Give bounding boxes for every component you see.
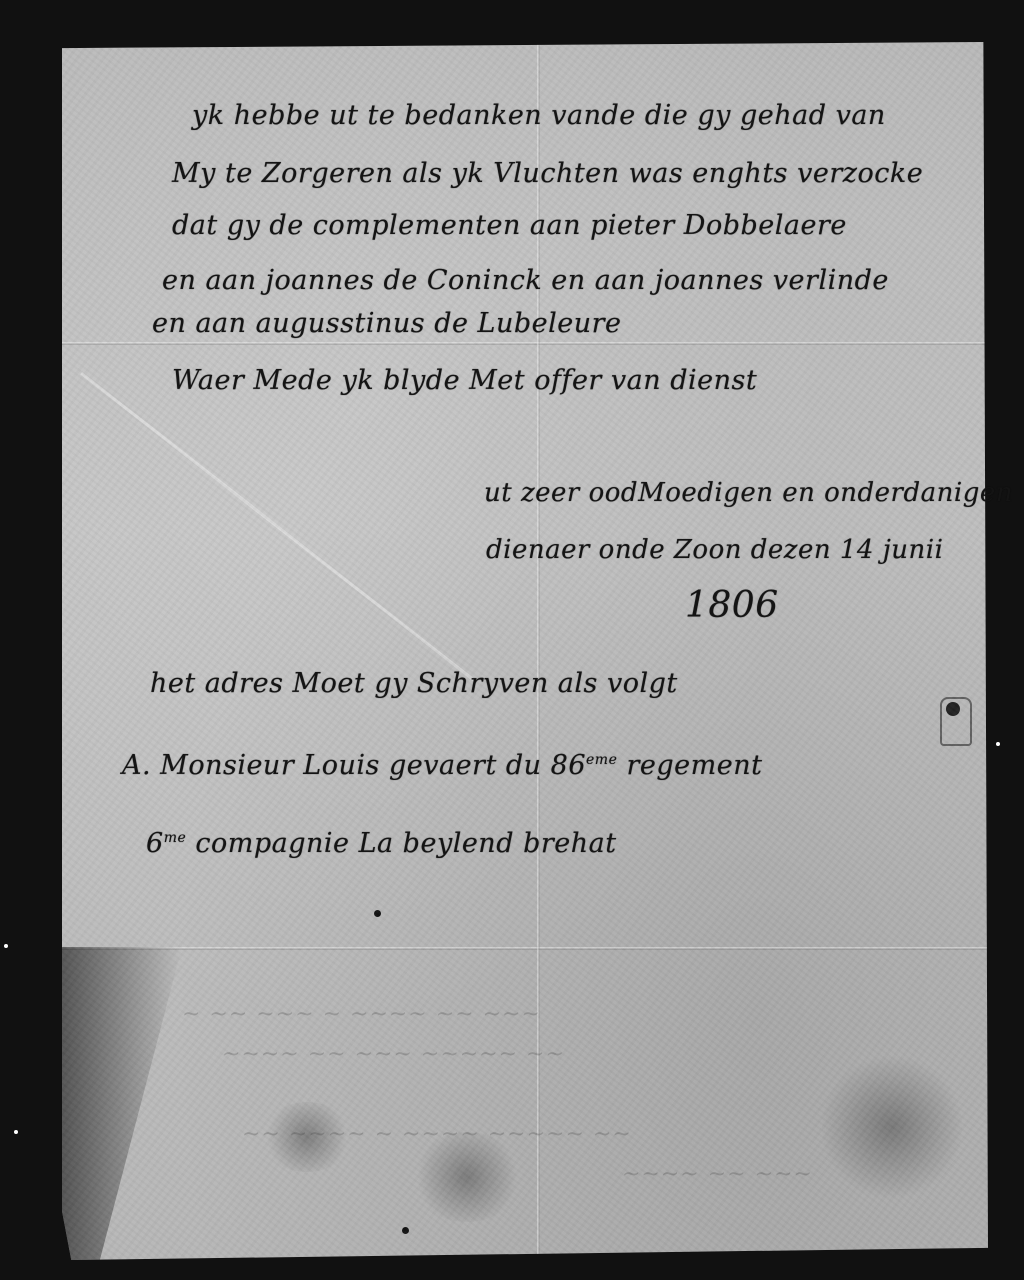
fold-crease-diagonal xyxy=(80,372,476,682)
company-number: 6 xyxy=(146,828,164,859)
closing-line-2: dienaer onde Zoon dezen 14 junii xyxy=(486,535,943,565)
fold-crease-upper xyxy=(62,342,988,345)
dust-speck xyxy=(996,742,1000,746)
letter-line-3: dat gy de complementen aan pieter Dobbel… xyxy=(172,210,847,241)
closing-line-1: ut zeer oodMoedigen en onderdanigen xyxy=(484,478,1013,508)
ink-stain xyxy=(262,1102,352,1172)
ordinal-suffix: eme xyxy=(586,752,617,768)
seal-hole xyxy=(946,702,960,716)
letter-line-5: en aan augusstinus de Lubeleure xyxy=(152,308,622,339)
address-regiment: regement xyxy=(626,750,762,781)
water-stain xyxy=(822,1052,962,1202)
address-line-2: 6me compagnie La beylend brehat xyxy=(146,828,617,859)
ink-stain xyxy=(412,1132,522,1222)
bleed-through-text: ~~~~ ~~ ~~~ ~~~~~ ~~ xyxy=(222,1042,565,1067)
page-shadow xyxy=(62,947,182,1267)
address-intro: het adres Moet gy Schryven als volgt xyxy=(150,668,678,699)
ordinal-suffix: me xyxy=(164,830,187,846)
letter-line-1: yk hebbe ut te bedanken vande die gy geh… xyxy=(192,100,886,131)
torn-tab xyxy=(940,697,972,746)
dust-speck xyxy=(14,1130,18,1134)
bleed-through-text: ~ ~~ ~~~ ~ ~~~~ ~~ ~~~ xyxy=(182,1002,541,1027)
letter-line-6: Waer Mede yk blyde Met offer van dienst xyxy=(172,365,757,396)
letter-year: 1806 xyxy=(685,585,779,626)
address-line-1: A. Monsieur Louis gevaert du 86eme regem… xyxy=(122,750,762,781)
dust-speck xyxy=(4,944,8,948)
ink-dot xyxy=(374,910,381,917)
letter-line-2: My te Zorgeren als yk Vluchten was enght… xyxy=(172,158,923,189)
address-prefix: A xyxy=(122,750,142,781)
address-recipient: Monsieur Louis gevaert du 86 xyxy=(160,750,586,781)
ink-dot xyxy=(402,1227,409,1234)
fold-crease-lower xyxy=(62,947,988,950)
letter-line-4: en aan joannes de Coninck en aan joannes… xyxy=(162,265,889,296)
bleed-through-text: ~~~~ ~~ ~~~ xyxy=(622,1162,813,1187)
bleed-through-text: ~~ ~~~~ ~ ~~~~ ~~~~~ ~~ xyxy=(242,1122,632,1147)
address-company: compagnie La beylend brehat xyxy=(195,828,616,859)
